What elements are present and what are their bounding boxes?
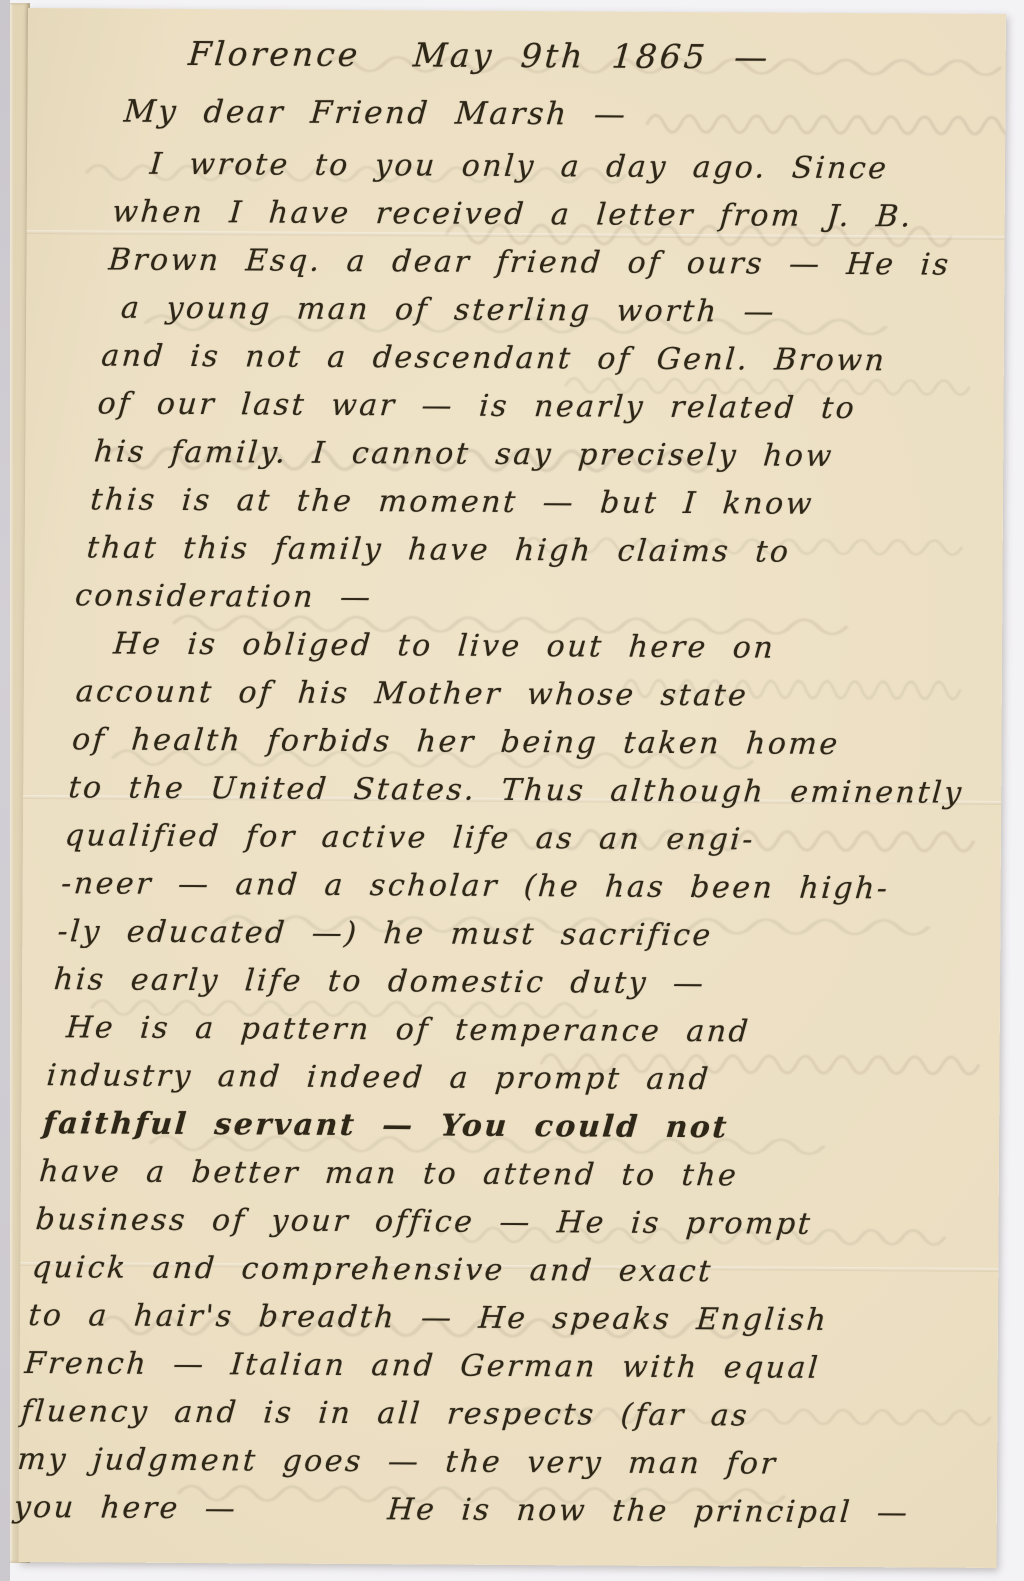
scanned-letter: Florence May 9th 1865 — My dear Friend M… (0, 0, 1024, 1581)
letter-line: and is not a descendant of Genl. Brown (100, 332, 1018, 386)
letter-line: fluency and is in all respects (far as (19, 1388, 937, 1442)
letter-line: consideration — (73, 572, 999, 626)
letter-line: industry and indeed a prompt and (45, 1052, 963, 1106)
letter-line: his early life to domestic duty — (52, 956, 970, 1010)
letter-line: -ly educated —) he must sacrifice (56, 908, 974, 962)
letter-line: this is at the moment — but I know (89, 476, 1007, 530)
letter-line: qualified for active life as an engi- (63, 812, 981, 866)
letter-line: He is a pattern of temperance and (64, 1004, 966, 1057)
letter-line: business of your office — He is prompt (34, 1196, 952, 1250)
letter-line: when I have received a letter from J. B. (111, 189, 1024, 243)
letter-line: French — Italian and German with equal (23, 1340, 941, 1394)
letter-dateline: Florence May 9th 1865 — (186, 25, 1024, 88)
letter-line: -neer — and a scholar (he has been high- (59, 860, 977, 914)
letter-line: have a better man to attend to the (38, 1148, 956, 1202)
letter-line: Brown Esq. a dear friend of ours — He is (107, 237, 1024, 291)
letter-line: He is obliged to live out here on (112, 621, 996, 674)
letter-line: I wrote to you only a day ago. Since (148, 141, 1024, 194)
letter-line: you here — He is now the principal — (12, 1484, 930, 1538)
letter-line: a young man of sterling worth — (119, 285, 1021, 338)
letter-line: of our last war — is nearly related to (96, 380, 1014, 434)
letter-line: to a hair's breadth — He speaks English (27, 1292, 945, 1346)
letter-salutation: My dear Friend Marsh — (122, 83, 1024, 147)
letter-line: account of his Mother whose state (74, 668, 992, 722)
letter-line: my judgment goes — the very man for (16, 1436, 934, 1490)
letter-line: quick and comprehensive and exact (30, 1244, 948, 1298)
scanner-background-edge (0, 0, 10, 1581)
letter-line: that this family have high claims to (85, 524, 1003, 578)
letter-line: faithful servant — You could not (41, 1100, 959, 1154)
letter-page: Florence May 9th 1865 — My dear Friend M… (19, 8, 1006, 1568)
letter-line: his family. I cannot say precisely how (92, 428, 1010, 482)
letter-text: Florence May 9th 1865 — My dear Friend M… (12, 25, 1024, 1538)
letter-line: to the United States. Thus although emin… (67, 764, 985, 818)
letter-line: of health forbids her being taken home (70, 716, 988, 770)
